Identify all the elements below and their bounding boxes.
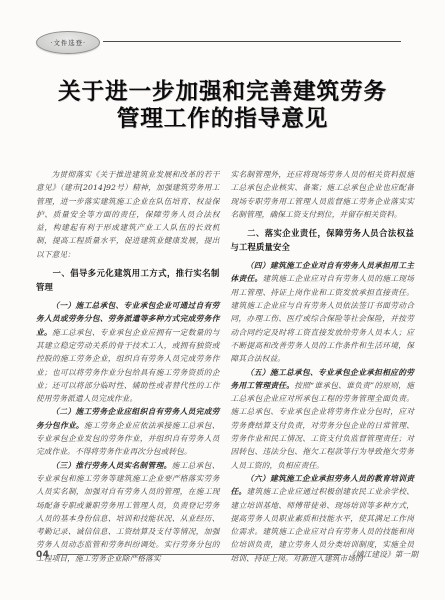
paragraph-lead: （五）施工总承包、专业承包企业承担相应的劳务用工管理责任。 xyxy=(231,368,415,390)
document-title-line2: 管理工作的指导意见 xyxy=(0,106,445,133)
body-paragraph: 为贯彻落实《关于推进建筑业发展和改革的若干意见》（建市[2014]92号）精神，… xyxy=(36,168,220,261)
footer-rule xyxy=(57,554,341,555)
section-heading: 一、倡导多元化建筑用工方式，推行实名制管理 xyxy=(36,267,220,294)
column-badge-oval: ·文件选登· xyxy=(36,31,100,54)
body-paragraph: （二）施工劳务企业应组织自有劳务人员完成劳务分包作业。施工劳务企业应依法承接施工… xyxy=(36,405,220,458)
page-footer: 04 《靖江建设》第一期 xyxy=(36,549,418,560)
body-paragraph: 实名制管理外，还应将现场劳务人员的相关资料报施工总承包企业核实、备案；施工总承包… xyxy=(231,168,415,221)
magazine-page: ·文件选登· 关于进一步加强和完善建筑劳务 管理工作的指导意见 为贯彻落实《关于… xyxy=(0,0,445,600)
right-column: 实名制管理外，还应将现场劳务人员的相关资料报施工总承包企业核实、备案；施工总承包… xyxy=(231,168,415,565)
paragraph-lead: （一）施工总承包、专业承包企业可通过自有劳务人员或劳务分包、劳务派遣等多种方式完… xyxy=(36,301,220,337)
page-number: 04 xyxy=(36,550,50,560)
journal-issue-label: 《靖江建设》第一期 xyxy=(348,549,418,560)
column-badge-label: ·文件选登· xyxy=(50,38,85,47)
body-paragraph: （一）施工总承包、专业承包企业可通过自有劳务人员或劳务分包、劳务派遣等多种方式完… xyxy=(36,299,220,405)
paragraph-lead: （四）建筑施工企业对自有劳务人员承担用工主体责任。 xyxy=(231,261,415,283)
paragraph-lead: （二）施工劳务企业应组织自有劳务人员完成劳务分包作业。 xyxy=(36,407,220,429)
paragraph-lead: （三）推行劳务人员实名制管理。 xyxy=(51,461,171,470)
document-title-line1: 关于进一步加强和完善建筑劳务 xyxy=(0,79,445,106)
body-paragraph: （五）施工总承包、专业承包企业承担相应的劳务用工管理责任。按照“谁承包、谁负责”… xyxy=(231,366,415,472)
document-title: 关于进一步加强和完善建筑劳务 管理工作的指导意见 xyxy=(0,79,445,133)
paragraph-lead: （六）建筑施工企业承担劳务人员的教育培训责任。 xyxy=(231,474,415,496)
left-column: 为贯彻落实《关于推进建筑业发展和改革的若干意见》（建市[2014]92号）精神，… xyxy=(36,168,220,565)
body-columns: 为贯彻落实《关于推进建筑业发展和改革的若干意见》（建市[2014]92号）精神，… xyxy=(36,168,414,565)
body-paragraph: （四）建筑施工企业对自有劳务人员承担用工主体责任。建筑施工企业应对自有劳务人员的… xyxy=(231,259,415,365)
section-heading: 二、落实企业责任，保障劳务人员合法权益与工程质量安全 xyxy=(231,227,415,254)
header-rule xyxy=(103,41,401,42)
